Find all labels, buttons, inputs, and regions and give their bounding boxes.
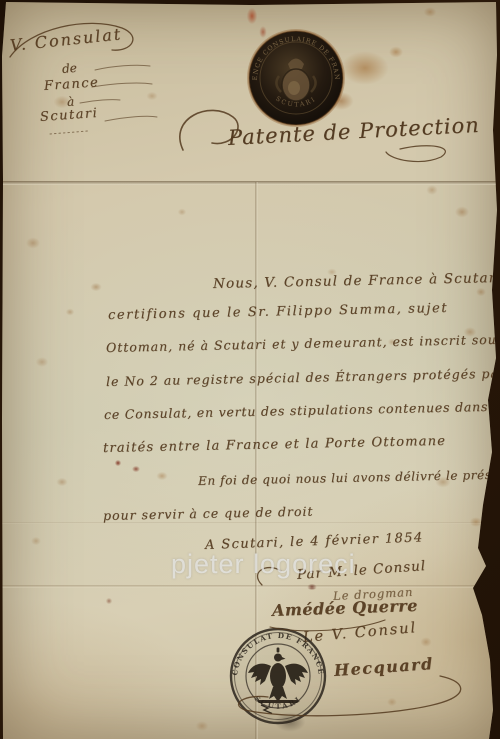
body-line: Ottoman, né à Scutari et y demeurant, es… bbox=[106, 332, 500, 355]
body-line: En foi de quoi nous lui avons délivré le… bbox=[198, 467, 500, 488]
horizontal-fold-line bbox=[0, 181, 500, 185]
aged-paper-sheet: V. Consulat de France à Scutari AG bbox=[0, 0, 500, 739]
corner-line-consulat: V. Consulat bbox=[9, 24, 123, 55]
corner-dots bbox=[50, 131, 88, 134]
body-line: certifions que le Sr. Filippo Summa, suj… bbox=[108, 301, 448, 323]
consul-signature: Hecquard bbox=[333, 654, 434, 680]
horizontal-fold-line bbox=[0, 522, 500, 524]
corner-line-scutari: Scutari bbox=[39, 106, 98, 125]
watermark-text: pjeter logoreci bbox=[171, 549, 356, 580]
corner-line-france: France bbox=[43, 75, 99, 94]
corner-line-de: de bbox=[61, 61, 77, 76]
horizontal-fold-line bbox=[0, 585, 500, 588]
hecquard-swash-1 bbox=[440, 676, 461, 699]
consulate-ink-stamp: CONSULAT DE FRANCE SCUTARI bbox=[228, 626, 328, 726]
body-line: Nous, V. Consul de France à Scutari bbox=[213, 270, 500, 292]
title-tail-swash bbox=[386, 146, 445, 162]
body-line: pour servir à ce que de droit bbox=[103, 504, 314, 523]
body-line: traités entre la France et la Porte Otto… bbox=[103, 434, 446, 456]
body-line: ce Consulat, en vertu des stipulations c… bbox=[104, 398, 500, 422]
body-line: le No 2 au registre spécial des Étranger… bbox=[106, 366, 500, 389]
drogman-signature: Amédée Querre bbox=[272, 596, 419, 620]
document-photo: V. Consulat de France à Scutari AG bbox=[0, 0, 500, 739]
consular-wax-seal: AGENCE CONSULAIRE DE FRANCE SCUTARI bbox=[246, 28, 346, 128]
